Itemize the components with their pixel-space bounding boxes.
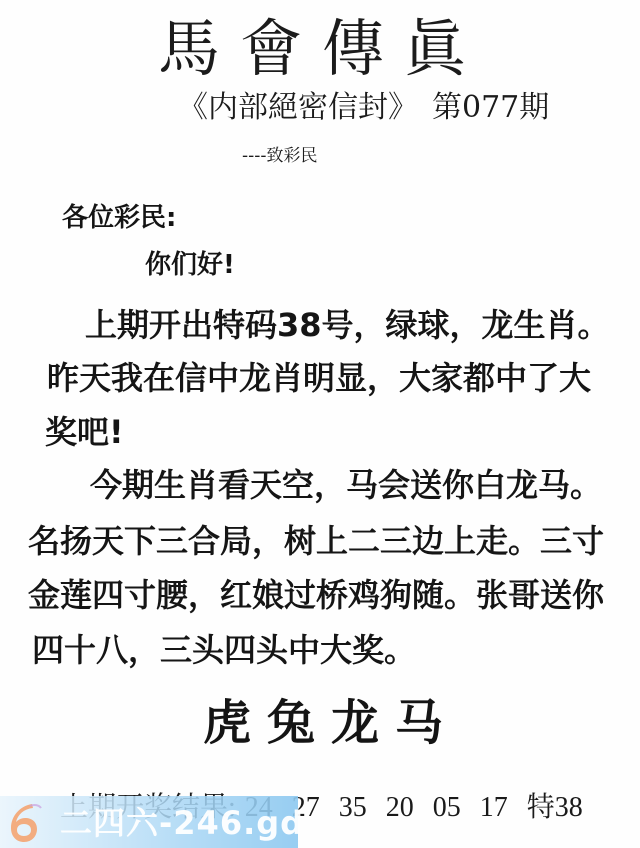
body-line: 金莲四寸腰，红娘过桥鸡狗随。张哥送你 <box>28 573 604 617</box>
result-number: 35 <box>339 792 367 823</box>
body-line: 昨天我在信中龙肖明显，大家都中了大 <box>47 356 591 400</box>
dedication: ----致彩民 <box>242 144 318 168</box>
body-line: 名扬天下三合局，树上二三边上走。三寸 <box>28 519 604 563</box>
body-line: 四十八，三头四头中大奖。 <box>32 628 416 672</box>
watermark-text: 二四六-246.gd <box>60 804 304 842</box>
zodiac-picks: 虎兔龙马 <box>203 693 459 753</box>
fax-letter-page: 馬會傳眞 《内部絕密信封》第077期 ----致彩民 各位彩民: 你们好! 上期… <box>0 0 640 848</box>
body-line: 奖吧! <box>45 410 124 454</box>
result-number: 17 <box>480 792 508 823</box>
body-line: 上期开出特码38号，绿球，龙生肖。 <box>85 303 610 347</box>
special-number: 特38 <box>527 792 583 823</box>
body-line: 今期生肖看天空，马会送你白龙马。 <box>90 463 602 507</box>
result-number: 20 <box>386 792 414 823</box>
document-subtitle: 《内部絕密信封》第077期 <box>178 88 549 128</box>
six-logo-icon <box>6 800 42 844</box>
subtitle-text: 《内部絕密信封》 <box>178 90 418 125</box>
result-number: 05 <box>433 792 461 823</box>
salutation: 各位彩民: <box>62 200 176 236</box>
document-title: 馬會傳眞 <box>158 14 486 84</box>
greeting: 你们好! <box>145 247 235 283</box>
site-watermark: 二四六-246.gd <box>0 796 298 848</box>
issue-number: 第077期 <box>432 90 549 125</box>
